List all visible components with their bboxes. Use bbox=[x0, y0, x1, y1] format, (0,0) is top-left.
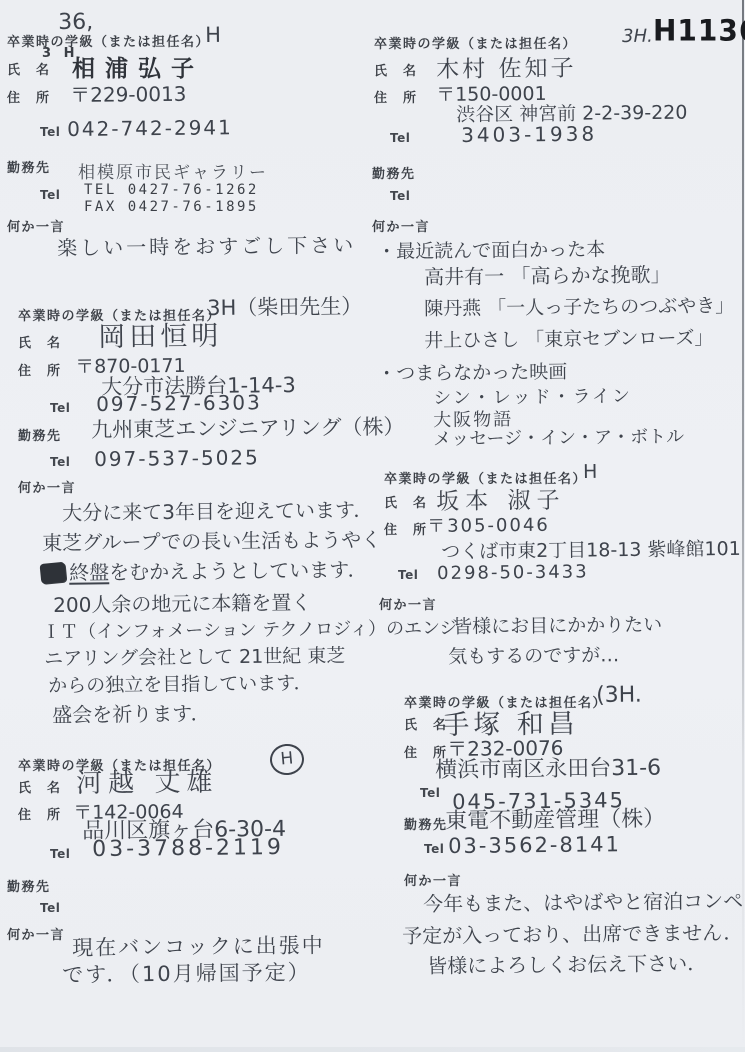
tel-label: Tel bbox=[40, 125, 60, 139]
comment-line: 今年もまた、はやばやと宿泊コンペの bbox=[423, 884, 745, 917]
comment-underlined-word: 終盤 bbox=[69, 560, 109, 584]
comment-line: メッセージ・イン・ア・ボトル bbox=[433, 422, 684, 451]
postal-value: 〒229-0013 bbox=[70, 78, 187, 108]
name-label: 氏 名 bbox=[7, 59, 51, 78]
class-value-handwritten: (3H. bbox=[596, 683, 642, 708]
class-value-handwritten: H bbox=[583, 461, 598, 483]
scan-bottom-shadow bbox=[0, 1047, 745, 1052]
comment-line: 皆様によろしくお伝え下さい． bbox=[427, 947, 707, 979]
comment-line: 高井有一 「高らかな挽歌」 bbox=[424, 258, 671, 290]
comment-label: 何か一言 bbox=[404, 870, 462, 889]
scribbled-out-character bbox=[40, 562, 67, 584]
comment-line: 予定が入っており、出席できません． bbox=[402, 916, 743, 949]
work-value-stamped: 相模原市民ギャラリー bbox=[78, 158, 268, 183]
name-label: 氏 名 bbox=[404, 714, 448, 733]
comment-line: 終盤をむかえようとしています． bbox=[40, 554, 368, 586]
name-value: 岡田恒明 bbox=[98, 314, 222, 354]
work-tel-label: Tel bbox=[424, 842, 444, 856]
tel-value: 3403-1938 bbox=[461, 122, 597, 147]
address-label: 住 所 bbox=[18, 804, 62, 823]
work-tel-label: Tel bbox=[50, 455, 70, 469]
address-label: 住 所 bbox=[384, 519, 428, 538]
comment-line: 井上ひさし 「東京セブンローズ」 bbox=[424, 323, 714, 353]
comment-line-rest: をむかえようとしています． bbox=[109, 558, 368, 585]
work-label: 勤務先 bbox=[404, 814, 448, 833]
name-label: 氏 名 bbox=[374, 60, 418, 79]
work-tel-label: Tel bbox=[40, 188, 60, 202]
comment-label: 何か一言 bbox=[7, 924, 65, 943]
comment-line: 皆様にお目にかかりたい bbox=[453, 610, 662, 639]
tel-label: Tel bbox=[50, 847, 70, 861]
name-value: 河越 丈雄 bbox=[76, 762, 219, 800]
work-fax-value: FAX 0427-76-1895 bbox=[84, 199, 259, 215]
comment-line: 盛会を祈ります． bbox=[52, 697, 211, 728]
tel-label: Tel bbox=[420, 786, 440, 800]
work-tel-value: 03-3562-8141 bbox=[448, 832, 621, 858]
name-label: 氏 名 bbox=[18, 332, 62, 351]
work-label: 勤務先 bbox=[18, 425, 62, 444]
comment-line: ・つまらなかった映画 bbox=[377, 357, 567, 386]
comment-line: 200人余の地元に本籍を置く bbox=[53, 586, 311, 618]
work-tel-label: Tel bbox=[390, 189, 410, 203]
comment-line: 楽しい一時をおすごし下さい bbox=[57, 229, 356, 261]
name-label: 氏 名 bbox=[384, 492, 428, 511]
comment-label: 何か一言 bbox=[372, 216, 430, 235]
tel-label: Tel bbox=[390, 131, 410, 145]
class-value-handwritten: 3H. bbox=[622, 26, 653, 47]
work-value: 九州東芝エンジニアリング（株） bbox=[91, 411, 405, 444]
work-label: 勤務先 bbox=[7, 157, 51, 176]
tel-label: Tel bbox=[50, 401, 70, 415]
scanned-form-page: 36, H1136 卒業時の学級（または担任名） H 3 H 氏 名 相浦弘子 … bbox=[0, 0, 745, 1052]
class-label: 卒業時の学級（または担任名） bbox=[7, 31, 210, 50]
postal-value: 〒305-0046 bbox=[427, 511, 550, 538]
comment-line: 気もするのですが… bbox=[448, 640, 619, 669]
comment-line: 東芝グループでの長い生活もようやく bbox=[42, 523, 381, 556]
address-value: 横浜市南区永田台31-6 bbox=[435, 751, 661, 784]
class-value-handwritten: 3H（柴田先生） bbox=[207, 290, 362, 322]
class-value-handwritten: H bbox=[205, 23, 221, 47]
tel-value: 03-3788-2119 bbox=[92, 835, 284, 862]
comment-line: 陳丹燕 「一人っ子たちのつぶやき」 bbox=[424, 291, 734, 321]
comment-line: 大分に来て3年目を迎えています． bbox=[62, 494, 373, 526]
work-tel-value: 097-537-5025 bbox=[94, 445, 260, 471]
work-tel-label: Tel bbox=[40, 901, 60, 915]
name-label: 氏 名 bbox=[18, 777, 62, 796]
comment-line: ニアリング会社として 21世紀 東芝 bbox=[44, 641, 345, 671]
class-value-circled: H bbox=[269, 743, 306, 777]
address-value: つくば市東2丁目18-13 紫峰館101 bbox=[441, 534, 741, 564]
work-label: 勤務先 bbox=[7, 876, 51, 895]
comment-label: 何か一言 bbox=[18, 477, 76, 496]
comment-label: 何か一言 bbox=[379, 594, 437, 613]
work-tel-value: TEL 0427-76-1262 bbox=[84, 182, 259, 198]
address-label: 住 所 bbox=[18, 360, 62, 379]
comment-line: ＩＴ（インフォメーション テクノロジィ）のエンジ bbox=[42, 614, 458, 644]
address-label: 住 所 bbox=[7, 87, 51, 106]
comment-line: からの独立を目指しています． bbox=[48, 668, 313, 698]
tel-label: Tel bbox=[398, 568, 418, 582]
tel-value: 0298-50-3433 bbox=[437, 561, 589, 584]
tel-value: 042-742-2941 bbox=[67, 115, 233, 141]
comment-line: です．（10月帰国予定） bbox=[62, 956, 311, 989]
id-stamp: H1136 bbox=[653, 13, 745, 48]
work-value: 東電不動産管理（株） bbox=[445, 802, 665, 835]
work-label: 勤務先 bbox=[372, 163, 416, 182]
address-label: 住 所 bbox=[374, 87, 418, 106]
